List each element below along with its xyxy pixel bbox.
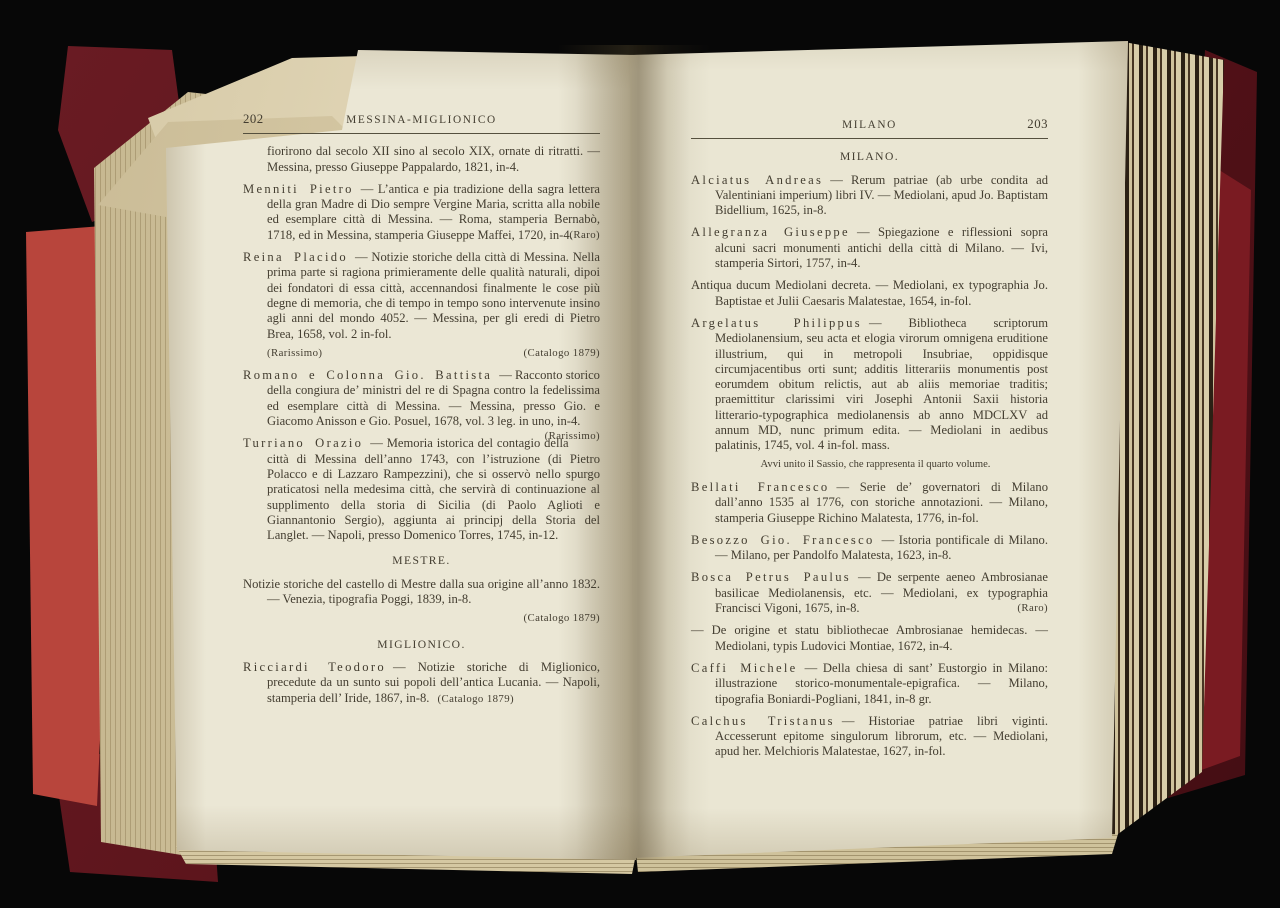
page-number-right: 203	[1002, 117, 1048, 132]
entry-ricciardi: Ricciardi Teodoro— Notizie storiche di M…	[243, 660, 600, 707]
entry-author: Bosca Petrus Paulus	[691, 570, 851, 584]
entry-text: Antiqua ducum Mediolani decreta. — Medio…	[691, 278, 1048, 307]
section-heading-mestre: MESTRE.	[243, 553, 600, 568]
right-page-text: MILANO 203 MILANO. Alciatus Andreas— Rer…	[691, 117, 1048, 767]
entry-text: — Memoria istorica del contagio della ci…	[267, 436, 600, 542]
entry-author: Besozzo Gio. Francesco	[691, 533, 875, 547]
entry-romano: Romano e Colonna Gio. Battista— Racconto…	[243, 368, 600, 429]
entry-note: Avvi unito il Sassio, che rappresenta il…	[691, 457, 1048, 472]
entry-author: Calchus Tristanus	[691, 714, 835, 728]
rarity-tag: (Raro)	[1041, 601, 1048, 616]
entry-antiqua: Antiqua ducum Mediolani decreta. — Medio…	[691, 278, 1048, 309]
entry-author: Caffi Michele	[691, 661, 798, 675]
header-rule-left	[243, 133, 600, 134]
entry-author: Allegranza Giuseppe	[691, 225, 850, 239]
entry-bosca: Bosca Petrus Paulus— De serpente aeneo A…	[691, 570, 1048, 616]
entry-allegranza: Allegranza Giuseppe— Spiegazione e rifle…	[691, 225, 1048, 271]
entry-reina: Reina Placido— Notizie storiche della ci…	[243, 250, 600, 342]
annotation-row: (Catalogo 1879)	[243, 611, 600, 626]
rarity-tag: (Rarissimo)	[267, 346, 322, 361]
entry-menniti: Menniti Pietro— L’antica e pia tradizion…	[243, 182, 600, 243]
running-title-left: MESSINA-MIGLIONICO	[289, 113, 554, 128]
entry-author: Reina Placido	[243, 250, 348, 264]
entry-continuation: fiorirono dal secolo XII sino al secolo …	[243, 144, 600, 175]
entry-caffi: Caffi Michele— Della chiesa di sant’ Eus…	[691, 661, 1048, 707]
entry-besozzo: Besozzo Gio. Francesco— Istoria pontific…	[691, 533, 1048, 564]
entry-text: Notizie storiche del castello di Mestre …	[243, 577, 600, 606]
entry-bellati: Bellati Francesco— Serie de’ governatori…	[691, 480, 1048, 526]
entry-author: Menniti Pietro	[243, 182, 354, 196]
rarity-tag: (Raro)	[593, 228, 600, 243]
entry-turriano: Turriano Orazio— Memoria istorica del co…	[243, 436, 600, 543]
page-number-left: 202	[243, 112, 289, 127]
header-rule-right	[691, 138, 1048, 139]
right-page-header: MILANO 203	[691, 117, 1048, 133]
left-page-text: 202 MESSINA-MIGLIONICO fiorirono dal sec…	[243, 112, 600, 714]
annotation-row: (Rarissimo) (Catalogo 1879)	[243, 346, 600, 361]
entry-bosca-second: — De origine et statu bibliothecae Ambro…	[691, 623, 1048, 654]
entry-author: Romano e Colonna Gio. Battista	[243, 368, 492, 382]
catalog-tag: (Catalogo 1879)	[438, 693, 514, 705]
entry-author: Bellati Francesco	[691, 480, 829, 494]
book-photograph: 202 MESSINA-MIGLIONICO fiorirono dal sec…	[0, 0, 1280, 908]
entry-author: Turriano Orazio	[243, 436, 363, 450]
entry-author: Ricciardi Teodoro	[243, 660, 386, 674]
entry-text: — Bibliotheca scriptorum Mediolanensium,…	[715, 316, 1048, 452]
entry-argelatus: Argelatus Philippus— Bibliotheca scripto…	[691, 316, 1048, 454]
entry-text: — De origine et statu bibliothecae Ambro…	[691, 623, 1048, 652]
entry-author: Alciatus Andreas	[691, 173, 823, 187]
section-heading-miglionico: MIGLIONICO.	[243, 637, 600, 652]
catalog-tag: (Catalogo 1879)	[524, 346, 600, 361]
rarity-tag: (Rarissimo)	[569, 429, 600, 444]
entry-mestre: Notizie storiche del castello di Mestre …	[243, 577, 600, 608]
catalog-tag: (Catalogo 1879)	[524, 611, 600, 626]
left-page-header: 202 MESSINA-MIGLIONICO	[243, 112, 600, 128]
running-title-right: MILANO	[737, 118, 1002, 133]
section-heading-milano: MILANO.	[691, 149, 1048, 164]
entry-calchus: Calchus Tristanus— Historiae patriae lib…	[691, 714, 1048, 760]
entry-alciatus: Alciatus Andreas— Rerum patriae (ab urbe…	[691, 173, 1048, 219]
entry-author: Argelatus Philippus	[691, 316, 862, 330]
